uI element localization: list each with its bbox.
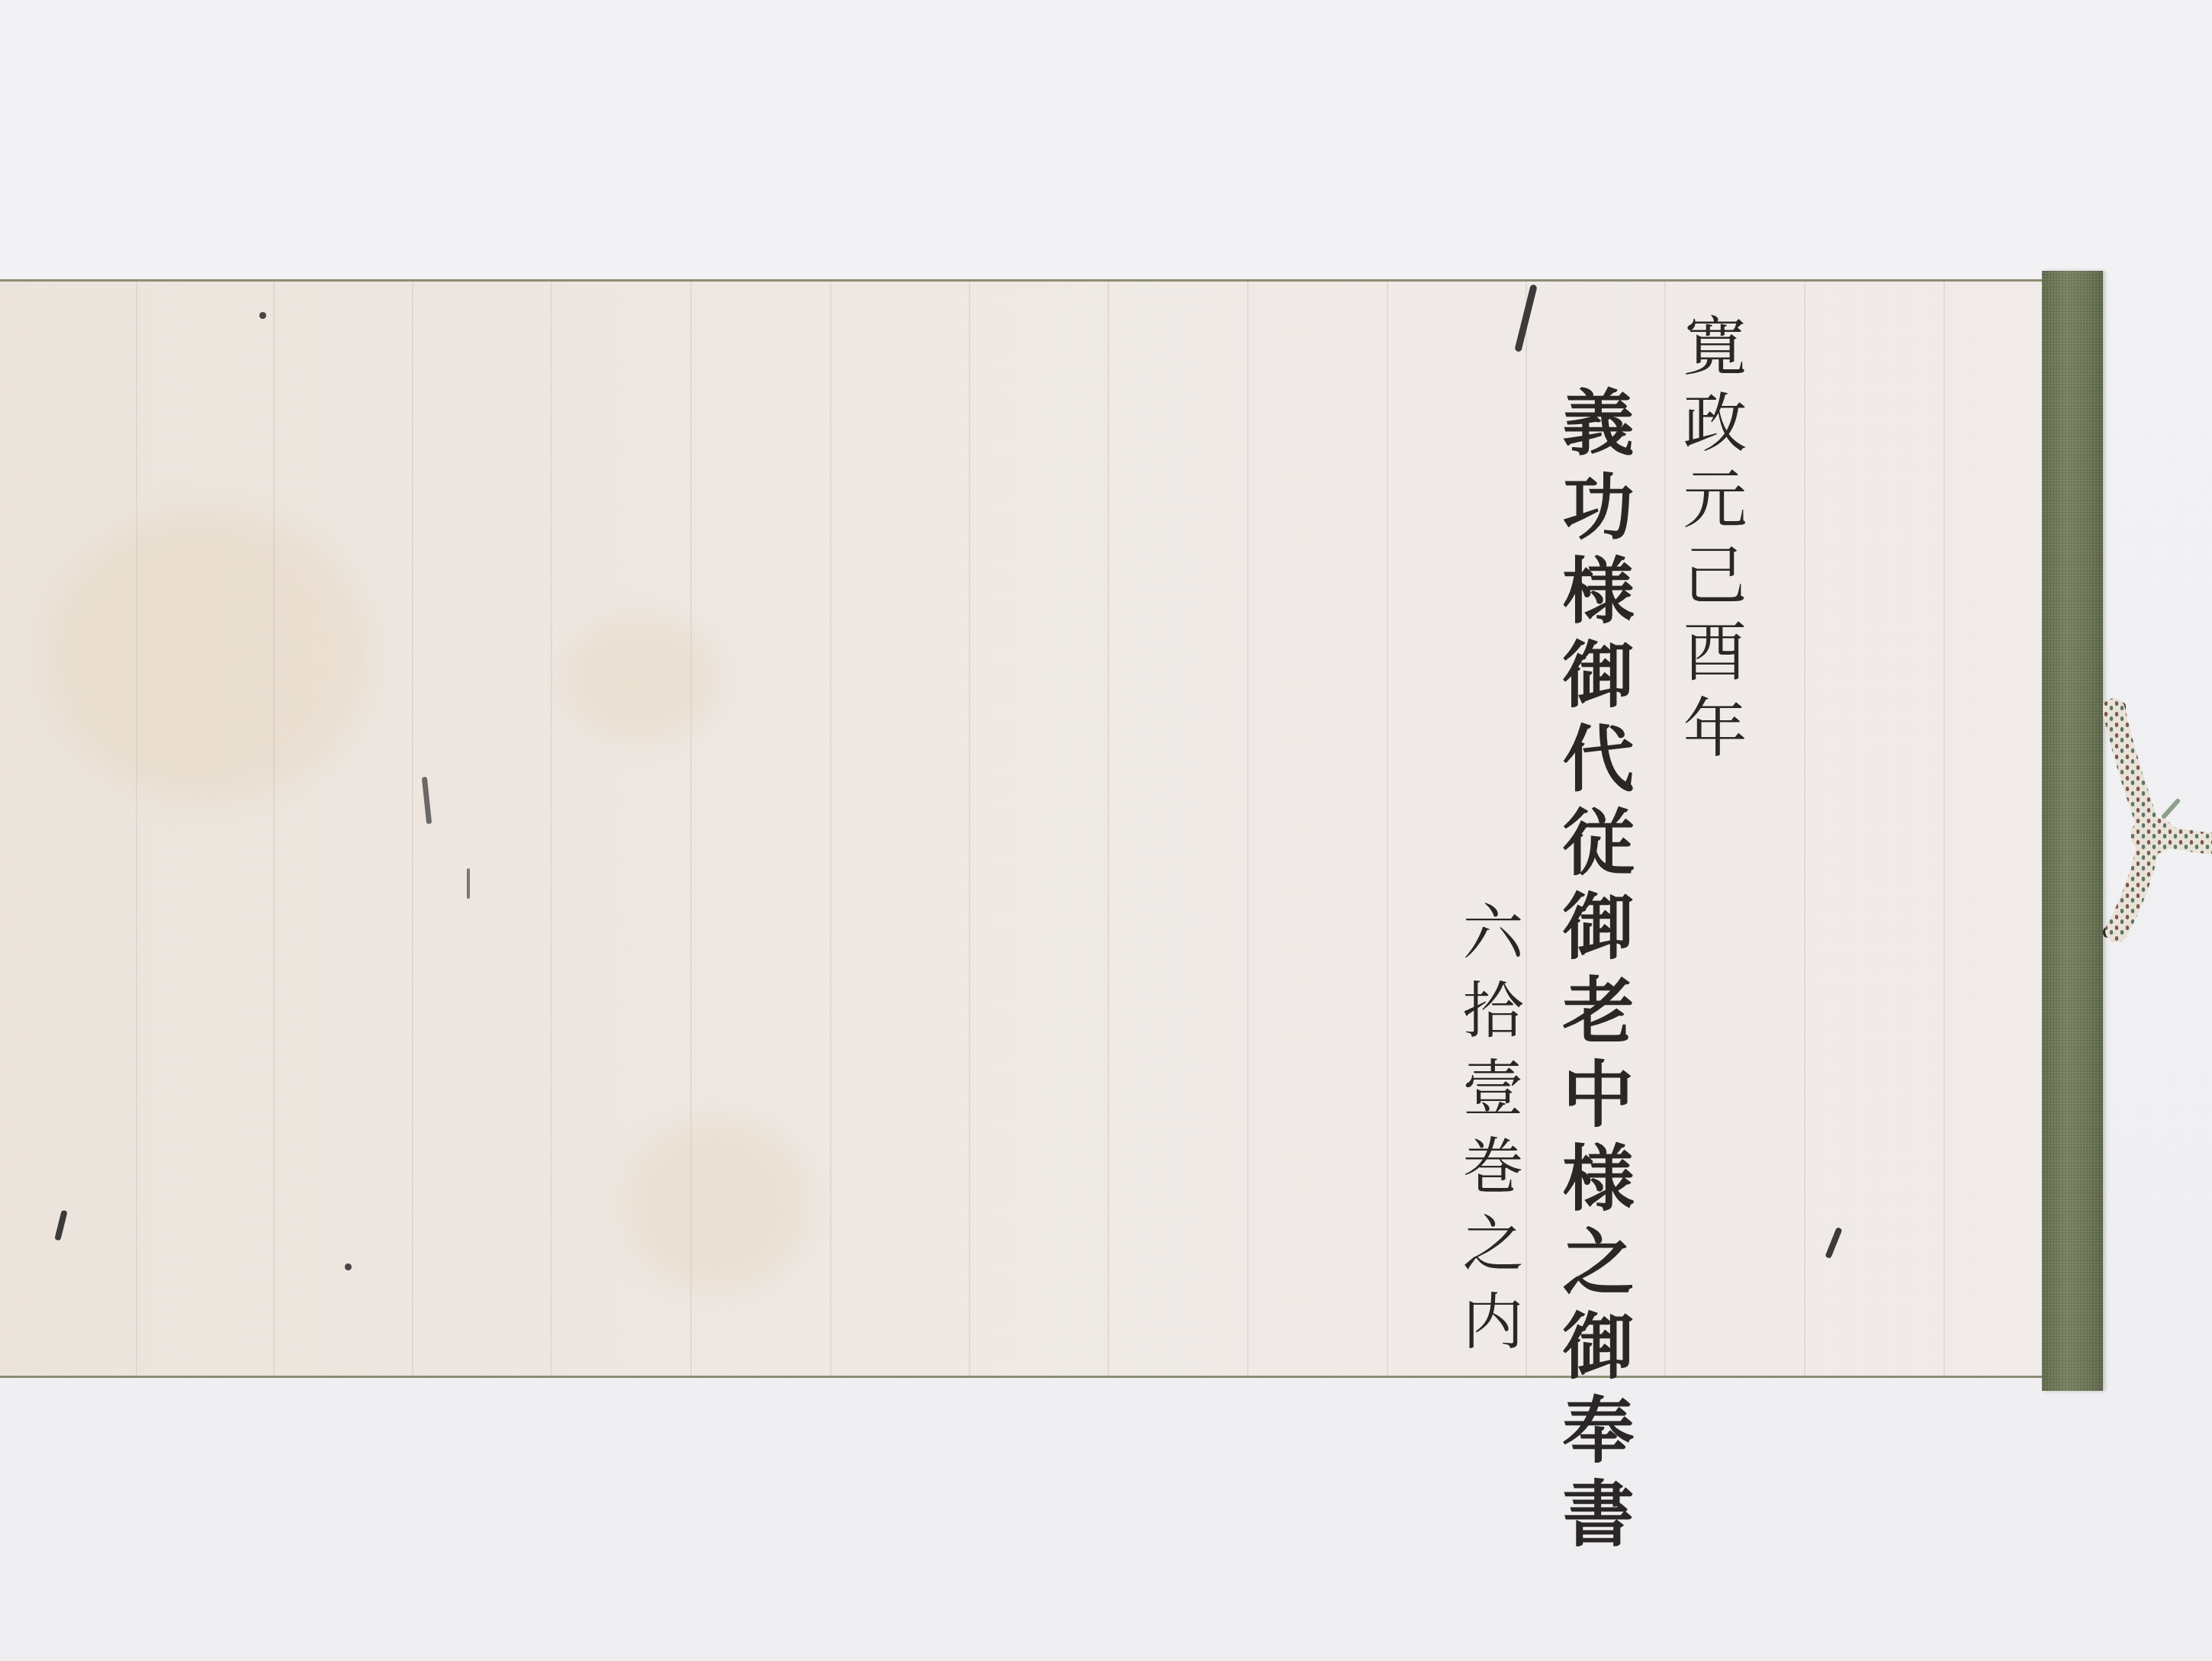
title-column: 義功様御代従御老中様之御奉書 xyxy=(1556,385,1628,1560)
ruling-line xyxy=(1108,282,1109,1376)
ruling-line xyxy=(136,282,137,1376)
paper-stain xyxy=(564,617,717,739)
silk-binding-strip xyxy=(2042,271,2103,1391)
tie-cord[interactable] xyxy=(2103,679,2212,961)
ruling-line xyxy=(1526,282,1527,1376)
ruling-line xyxy=(1387,282,1388,1376)
ruling-line xyxy=(412,282,413,1376)
date-column: 寛政元己酉年 xyxy=(1678,313,1742,771)
ruling-line xyxy=(969,282,970,1376)
ruling-line xyxy=(551,282,552,1376)
ruling-line xyxy=(1944,282,1945,1376)
ruling-line xyxy=(1804,282,1805,1376)
ruling-line xyxy=(830,282,831,1376)
volume-column: 六拾壹巻之内 xyxy=(1457,900,1518,1367)
paper-stain xyxy=(46,510,366,800)
ruling-line xyxy=(690,282,692,1376)
ink-dot xyxy=(345,1263,352,1270)
ink-mark xyxy=(467,868,470,899)
ruling-line xyxy=(1247,282,1249,1376)
ink-dot xyxy=(259,312,266,319)
ruling-line xyxy=(1664,282,1666,1376)
paper-stain xyxy=(625,1121,809,1289)
ruling-line xyxy=(273,282,275,1376)
